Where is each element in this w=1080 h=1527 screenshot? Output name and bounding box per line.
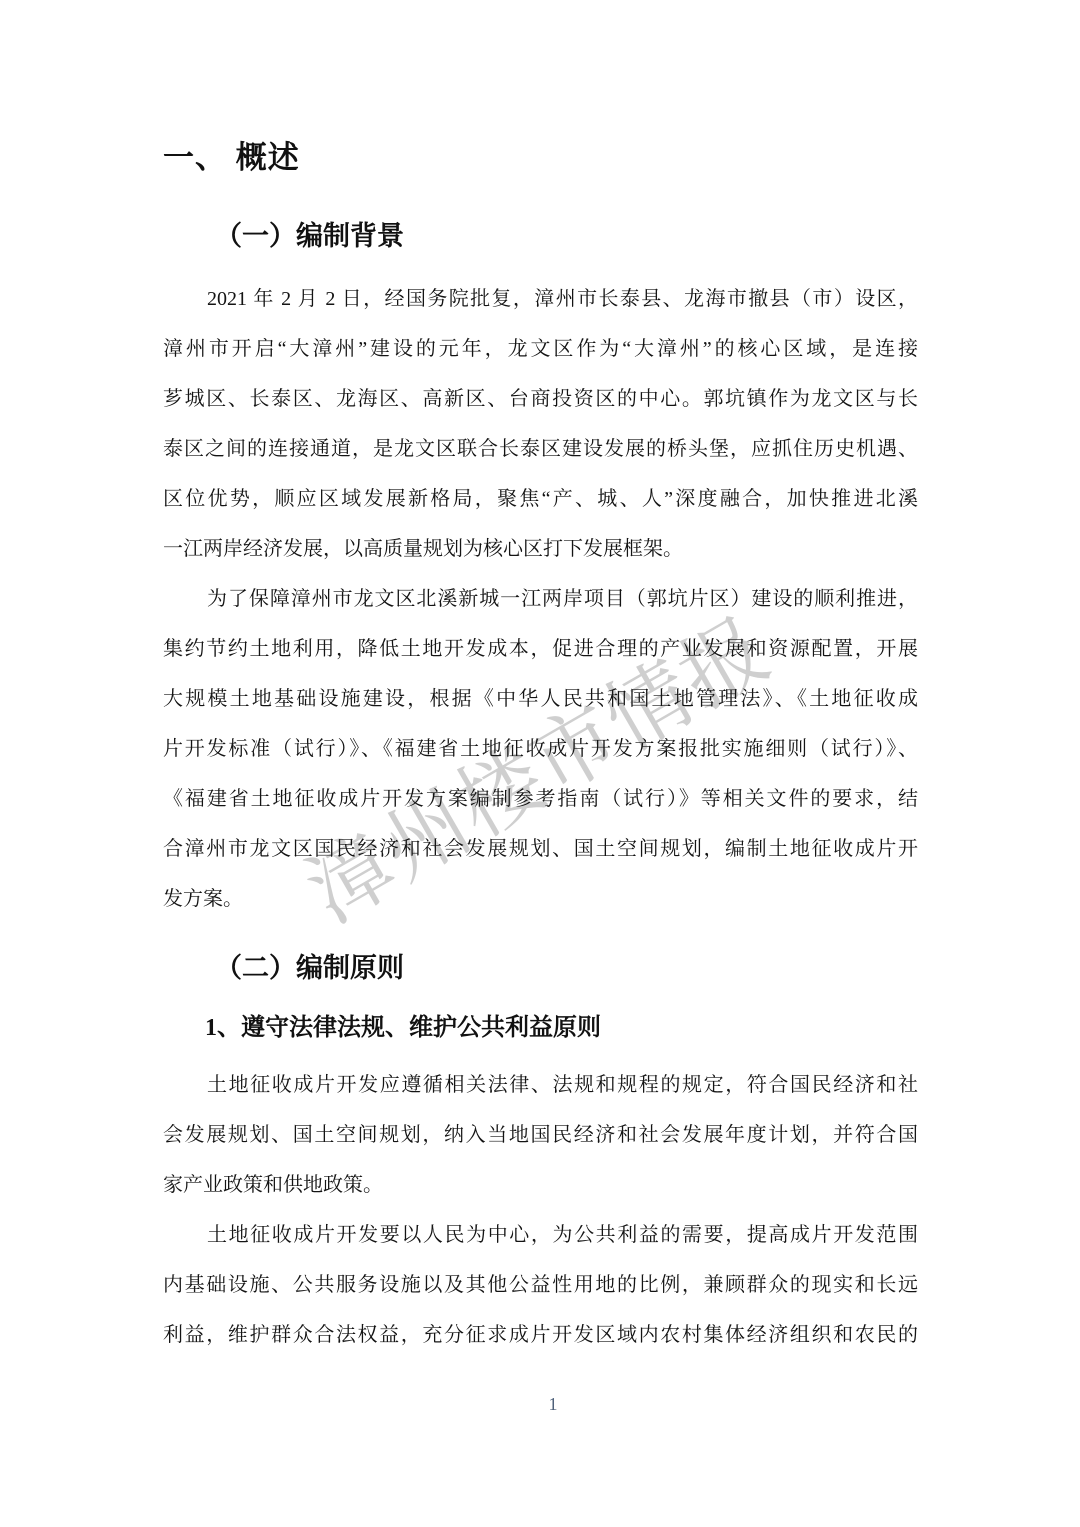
paragraph-line: 家产业政策和供地政策。 bbox=[163, 1160, 918, 1210]
paragraph-line: 集约节约土地利用，降低土地开发成本，促进合理的产业发展和资源配置，开展 bbox=[163, 624, 918, 674]
paragraph-line: 利益，维护群众合法权益，充分征求成片开发区域内农村集体经济组织和农民的 bbox=[163, 1310, 918, 1360]
heading-h2: （一）编制背景 bbox=[163, 214, 918, 258]
paragraph-line: 《福建省土地征收成片开发方案编制参考指南（试行）》等相关文件的要求，结 bbox=[163, 774, 918, 824]
paragraph-line: 土地征收成片开发要以人民为中心，为公共利益的需要，提高成片开发范围 bbox=[163, 1210, 918, 1260]
document-page: 漳州楼市情报 一、 概述（一）编制背景2021 年 2 月 2 日，经国务院批复… bbox=[0, 0, 1080, 1527]
page-number: 1 bbox=[549, 1392, 558, 1416]
heading-h3: 1、遵守法律法规、维护公共利益原则 bbox=[163, 1008, 918, 1048]
paragraph-line: 泰区之间的连接通道，是龙文区联合长泰区建设发展的桥头堡，应抓住历史机遇、 bbox=[163, 424, 918, 474]
paragraph: 土地征收成片开发要以人民为中心，为公共利益的需要，提高成片开发范围内基础设施、公… bbox=[163, 1210, 918, 1360]
paragraph-line: 会发展规划、国土空间规划，纳入当地国民经济和社会发展年度计划，并符合国 bbox=[163, 1110, 918, 1160]
paragraph: 土地征收成片开发应遵循相关法律、法规和规程的规定，符合国民经济和社会发展规划、国… bbox=[163, 1060, 918, 1210]
document-body: 一、 概述（一）编制背景2021 年 2 月 2 日，经国务院批复，漳州市长泰县… bbox=[163, 134, 918, 1360]
paragraph-line: 内基础设施、公共服务设施以及其他公益性用地的比例，兼顾群众的现实和长远 bbox=[163, 1260, 918, 1310]
paragraph-line: 2021 年 2 月 2 日，经国务院批复，漳州市长泰县、龙海市撤县（市）设区， bbox=[163, 274, 918, 324]
paragraph-line: 大规模土地基础设施建设，根据《中华人民共和国土地管理法》、《土地征收成 bbox=[163, 674, 918, 724]
paragraph-line: 合漳州市龙文区国民经济和社会发展规划、国土空间规划，编制土地征收成片开 bbox=[163, 824, 918, 874]
paragraph-line: 片开发标准（试行）》、《福建省土地征收成片开发方案报批实施细则（试行）》、 bbox=[163, 724, 918, 774]
paragraph-line: 为了保障漳州市龙文区北溪新城一江两岸项目（郭坑片区）建设的顺利推进， bbox=[163, 574, 918, 624]
paragraph-line: 发方案。 bbox=[163, 874, 918, 924]
paragraph: 为了保障漳州市龙文区北溪新城一江两岸项目（郭坑片区）建设的顺利推进，集约节约土地… bbox=[163, 574, 918, 924]
paragraph-line: 漳州市开启“大漳州”建设的元年，龙文区作为“大漳州”的核心区域，是连接 bbox=[163, 324, 918, 374]
paragraph: 2021 年 2 月 2 日，经国务院批复，漳州市长泰县、龙海市撤县（市）设区，… bbox=[163, 274, 918, 574]
paragraph-line: 一江两岸经济发展，以高质量规划为核心区打下发展框架。 bbox=[163, 524, 918, 574]
paragraph-line: 芗城区、长泰区、龙海区、高新区、台商投资区的中心。郭坑镇作为龙文区与长 bbox=[163, 374, 918, 424]
paragraph-line: 土地征收成片开发应遵循相关法律、法规和规程的规定，符合国民经济和社 bbox=[163, 1060, 918, 1110]
heading-h1: 一、 概述 bbox=[163, 134, 918, 182]
paragraph-line: 区位优势，顺应区域发展新格局，聚焦“产、城、人”深度融合，加快推进北溪 bbox=[163, 474, 918, 524]
heading-h2: （二）编制原则 bbox=[163, 946, 918, 990]
